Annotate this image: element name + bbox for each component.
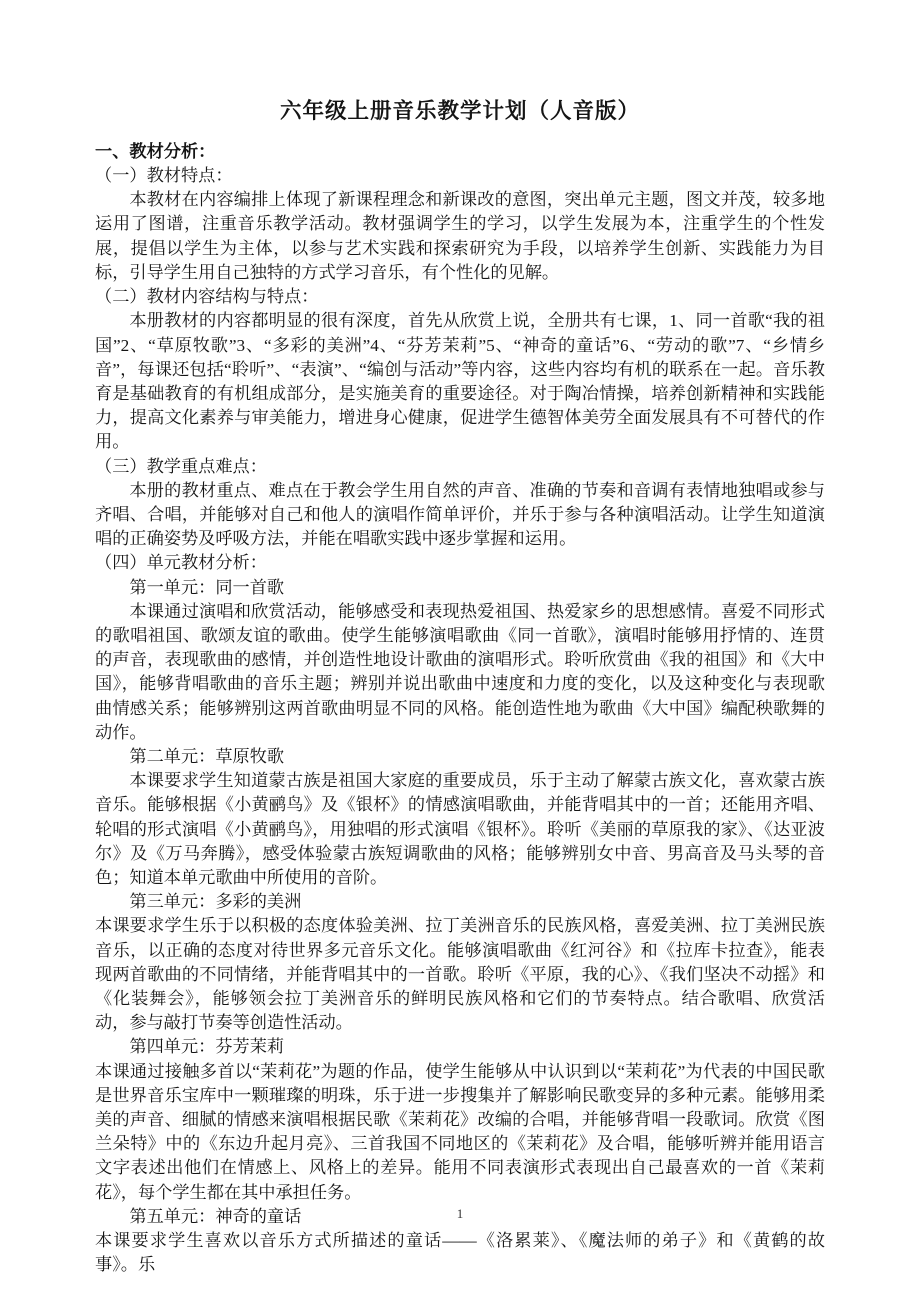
paragraph: 本教材在内容编排上体现了新课程理念和新课改的意图，突出单元主题，图文并茂，较多地… bbox=[95, 188, 825, 285]
page-title: 六年级上册音乐教学计划（人音版） bbox=[0, 0, 920, 125]
paragraph: 本课通过演唱和欣赏活动，能够感受和表现热爱祖国、热爱家乡的思想感情。喜爱不同形式… bbox=[95, 600, 825, 745]
paragraph: 本册的教材重点、难点在于教会学生用自然的声音、准确的节奏和音调有表情地独唱或参与… bbox=[95, 479, 825, 552]
unit-heading: 第二单元：草原牧歌 bbox=[95, 745, 825, 769]
paragraph: 本课要求学生知道蒙古族是祖国大家庭的重要成员，乐于主动了解蒙古族文化，喜欢蒙古族… bbox=[95, 769, 825, 890]
unit-heading: 第三单元：多彩的美洲 bbox=[95, 890, 825, 914]
subsection-heading: （三）教学重点难点： bbox=[95, 455, 825, 479]
paragraph: 本课要求学生乐于以积极的态度体验美洲、拉丁美洲音乐的民族风格，喜爱美洲、拉丁美洲… bbox=[95, 914, 825, 1035]
paragraph: 本课通过接触多首以“茉莉花”为题的作品，使学生能够从中认识到以“茉莉花”为代表的… bbox=[95, 1060, 825, 1205]
page-number: 1 bbox=[0, 1206, 920, 1222]
subsection-heading: （一）教材特点： bbox=[95, 164, 825, 188]
subsection-heading: （二）教材内容结构与特点： bbox=[95, 285, 825, 309]
unit-heading: 第一单元：同一首歌 bbox=[95, 576, 825, 600]
section-heading: 一、教材分析： bbox=[95, 140, 825, 164]
unit-heading: 第四单元：芬芳茉莉 bbox=[95, 1035, 825, 1059]
paragraph: 本课要求学生喜欢以音乐方式所描述的童话——《洛累莱》、《魔法师的弟子》和《黄鹤的… bbox=[95, 1229, 825, 1277]
document-page: 六年级上册音乐教学计划（人音版） 一、教材分析：（一）教材特点：本教材在内容编排… bbox=[0, 0, 920, 1302]
paragraph: 本册教材的内容都明显的很有深度，首先从欣赏上说，全册共有七课，1、同一首歌“我的… bbox=[95, 309, 825, 454]
subsection-heading: （四）单元教材分析： bbox=[95, 551, 825, 575]
document-body: 一、教材分析：（一）教材特点：本教材在内容编排上体现了新课程理念和新课改的意图，… bbox=[95, 140, 825, 1278]
